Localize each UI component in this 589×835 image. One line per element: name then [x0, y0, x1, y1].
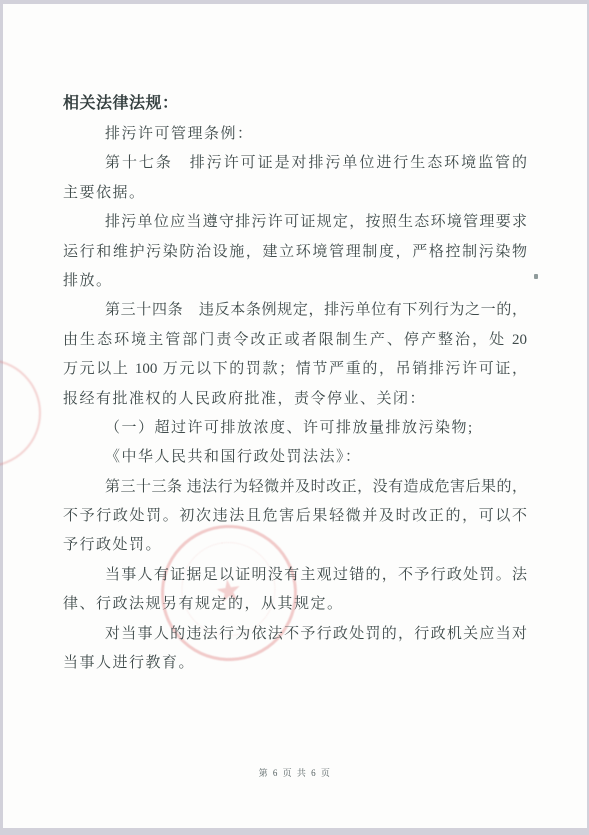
scanned-page-frame: ★ 相关法律法规： 排污许可管理条例： 第十七条 排污许可证是对排污单位进行生态…	[0, 0, 589, 835]
page-number-footer: 第 6 页 共 6 页	[3, 766, 587, 779]
paper-sheet: ★ 相关法律法规： 排污许可管理条例： 第十七条 排污许可证是对排污单位进行生态…	[3, 4, 587, 828]
body-line: 排污单位应当遵守排污许可证规定，按照生态环境管理要求	[63, 208, 527, 237]
body-line: 排放。	[63, 267, 527, 296]
body-line: 万元以上 100 万元以下的罚款；情节严重的，吊销排污许可证，	[63, 355, 527, 384]
scan-artifact-speck	[534, 274, 538, 279]
doc-title: 相关法律法规：	[63, 88, 527, 120]
body-line: 律、行政法规另有规定的，从其规定。	[63, 590, 527, 619]
body-line: 第三十三条 违法行为轻微并及时改正，没有造成危害后果的，	[63, 473, 527, 502]
document-body: 相关法律法规： 排污许可管理条例： 第十七条 排污许可证是对排污单位进行生态环境…	[63, 88, 527, 678]
partial-red-seal-stamp	[0, 359, 41, 467]
body-line: 当事人有证据足以证明没有主观过错的，不予行政处罚。法	[63, 561, 527, 590]
body-line: 由生态环境主管部门责令改正或者限制生产、停产整治，处 20	[63, 326, 527, 355]
body-line: 运行和维护污染防治设施，建立环境管理制度，严格控制污染物	[63, 238, 527, 267]
body-line: 予行政处罚。	[63, 531, 527, 560]
body-line: 对当事人的违法行为依法不予行政处罚的，行政机关应当对	[63, 620, 527, 649]
body-line: 报经有批准权的人民政府批准，责令停业、关闭：	[63, 385, 527, 414]
body-line: 当事人进行教育。	[63, 649, 527, 678]
body-line: 第三十四条 违反本条例规定，排污单位有下列行为之一的，	[63, 296, 527, 325]
body-line: 第十七条 排污许可证是对排污单位进行生态环境监管的	[63, 149, 527, 178]
body-line: 不予行政处罚。初次违法且危害后果轻微并及时改正的，可以不	[63, 502, 527, 531]
body-line: （一）超过许可排放浓度、许可排放量排放污染物;	[63, 414, 527, 443]
body-line: 《中华人民共和国行政处罚法法》：	[63, 443, 527, 472]
body-line: 排污许可管理条例：	[63, 120, 527, 149]
body-line: 主要依据。	[63, 179, 527, 208]
